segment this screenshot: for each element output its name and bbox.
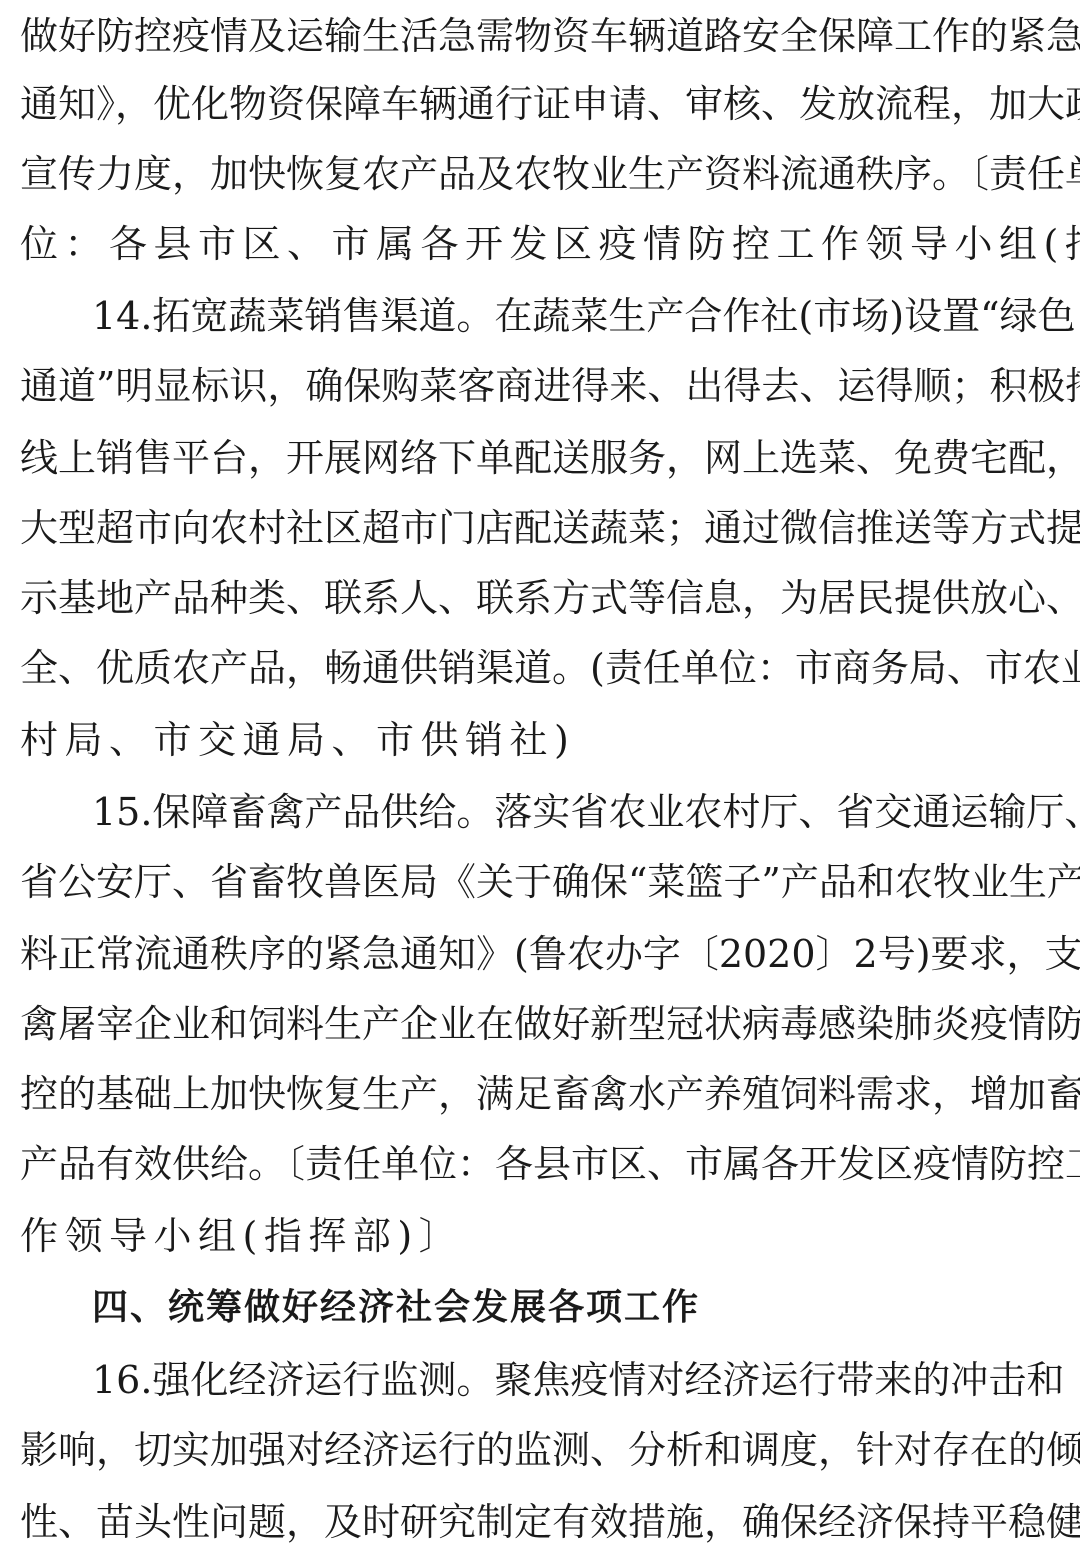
text-line: 影响，切实加强对经济运行的监测、分析和调度，针对存在的倾向: [20, 1422, 1056, 1478]
text-line: 性、苗头性问题，及时研究制定有效措施，确保经济保持平稳健康: [20, 1494, 1056, 1550]
item-14-title-line: 14.拓宽蔬菜销售渠道。在蔬菜生产合作社(市场)设置“绿色: [92, 288, 1056, 344]
text-line: 通知》，优化物资保障车辆通行证申请、审核、发放流程，加大政策: [20, 76, 1056, 132]
text-line: 产品有效供给。〔责任单位：各县市区、市属各开发区疫情防控工: [20, 1136, 1056, 1192]
text-line: 全、优质农产品，畅通供销渠道。(责任单位：市商务局、市农业农: [20, 640, 1056, 696]
item-15-title-line: 15.保障畜禽产品供给。落实省农业农村厅、省交通运输厅、: [92, 784, 1056, 840]
section-heading: 四、统筹做好经济社会发展各项工作: [92, 1280, 700, 1336]
item-16-title-line: 16.强化经济运行监测。聚焦疫情对经济运行带来的冲击和: [92, 1352, 1056, 1408]
text-line: 位：各县市区、市属各开发区疫情防控工作领导小组(指挥部)〕: [20, 216, 1056, 272]
text-line: 控的基础上加快恢复生产，满足畜禽水产养殖饲料需求，增加畜禽: [20, 1066, 1056, 1122]
text-line: 禽屠宰企业和饲料生产企业在做好新型冠状病毒感染肺炎疫情防: [20, 996, 1056, 1052]
text-line: 省公安厅、省畜牧兽医局《关于确保“菜篮子”产品和农牧业生产资: [20, 854, 1056, 910]
text-line: 大型超市向农村社区超市门店配送蔬菜；通过微信推送等方式提: [20, 500, 1056, 556]
text-line: 作领导小组(指挥部)〕: [20, 1208, 1056, 1264]
text-line: 村局、市交通局、市供销社): [20, 712, 1056, 768]
text-line: 通道”明显标识，确保购菜客商进得来、出得去、运得顺；积极搭建: [20, 358, 1056, 414]
text-line: 线上销售平台，开展网络下单配送服务，网上选菜、免费宅配，通过: [20, 430, 1056, 486]
text-line: 做好防控疫情及运输生活急需物资车辆道路安全保障工作的紧急: [20, 8, 1056, 64]
document-page: 做好防控疫情及运输生活急需物资车辆道路安全保障工作的紧急 通知》，优化物资保障车…: [0, 0, 1080, 1557]
text-line: 料正常流通秩序的紧急通知》(鲁农办字〔2020〕2号)要求，支持畜: [20, 926, 1056, 982]
text-line: 示基地产品种类、联系人、联系方式等信息，为居民提供放心、安: [20, 570, 1056, 626]
text-line: 宣传力度，加快恢复农产品及农牧业生产资料流通秩序。〔责任单: [20, 146, 1056, 202]
